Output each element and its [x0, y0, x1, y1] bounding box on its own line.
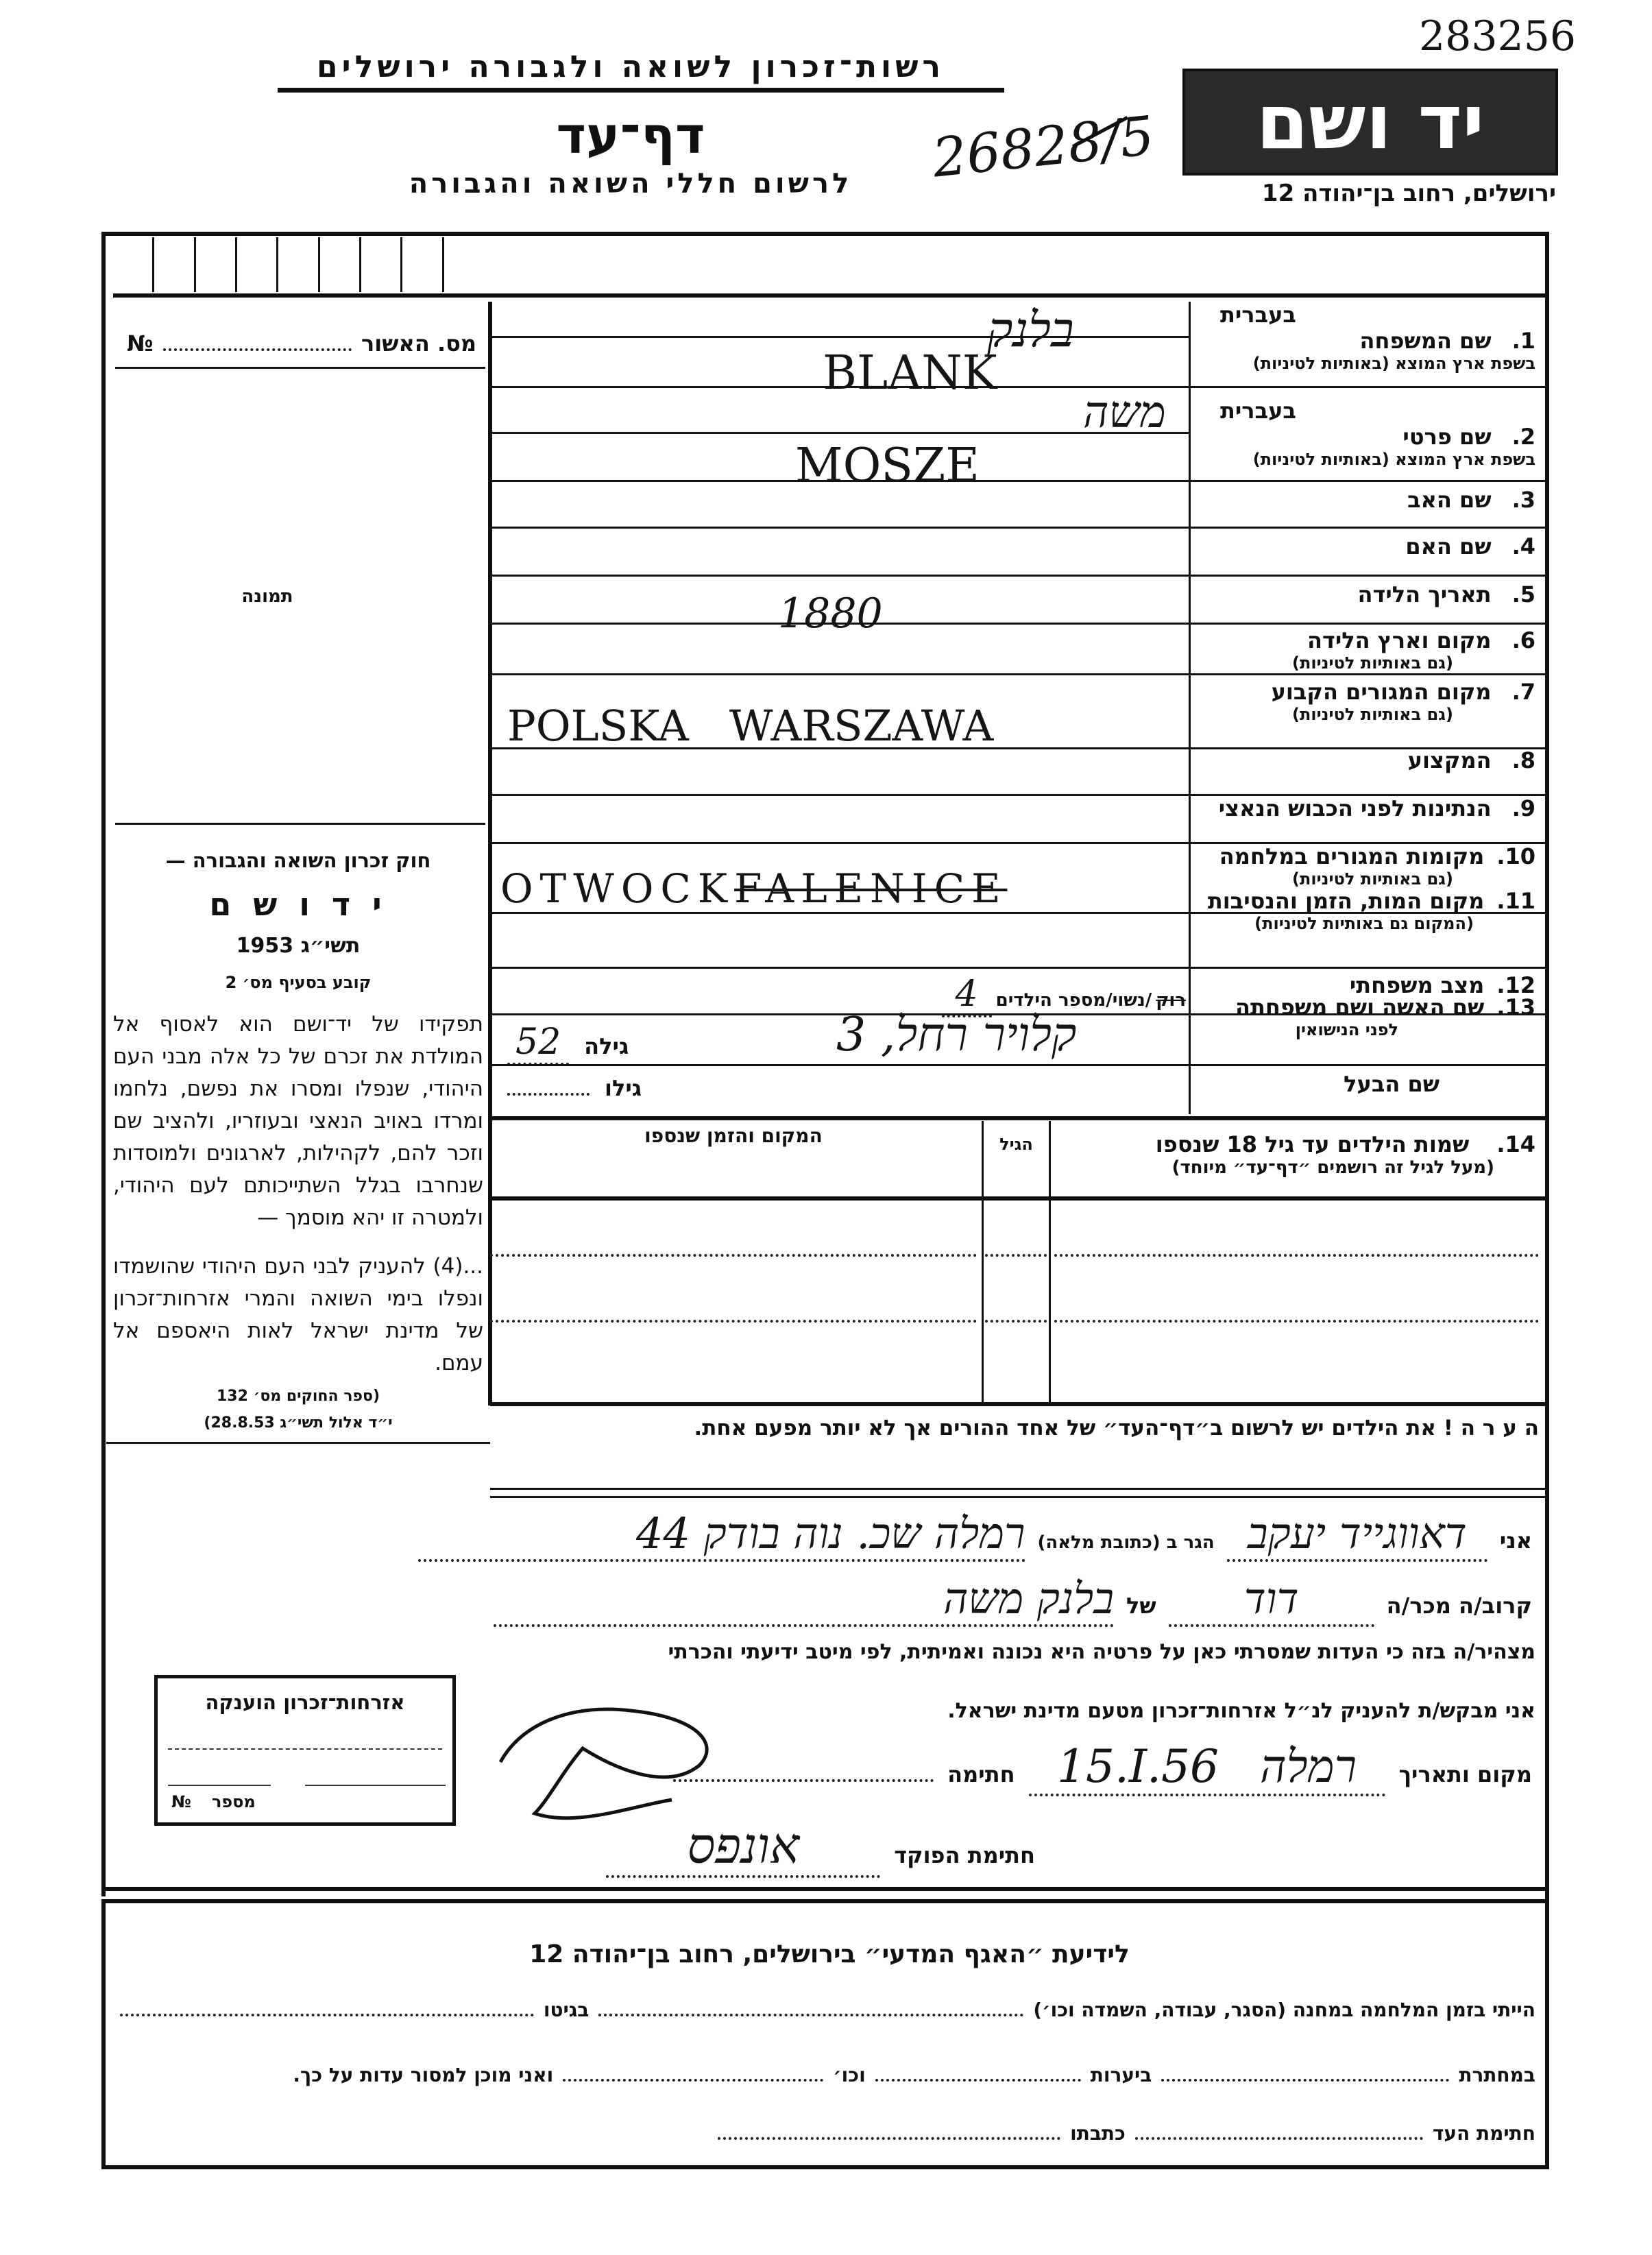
relative-label: קרוב/ה מכר/ה — [1387, 1593, 1532, 1619]
field-7-sublabel: (גם באותיות לטיניות) — [1193, 705, 1535, 724]
field-10-value-struck: FALENICE — [734, 865, 1007, 912]
field-2-sublabel: בשפת ארץ המוצא (באותיות לטיניות) — [1193, 450, 1535, 469]
footer-line-2: במחתרת ביערות וכו׳ ואני מוכן למסור עדות … — [120, 2064, 1535, 2086]
left-panel-bottom-rule — [106, 1442, 490, 1444]
field-13-labels: 13.שם האשה ושם משפחתה לפני הנישואין — [1193, 994, 1535, 1039]
frame-top — [101, 232, 1549, 236]
note-rule-2 — [490, 1496, 1546, 1498]
law-title: חוק זכרון השואה והגבורה — — [113, 849, 483, 872]
field-7-value[interactable]: POLSKA WARSZAWA — [507, 701, 993, 751]
field-4-rule — [490, 575, 1546, 577]
frame-bottom-main — [101, 1887, 1549, 1891]
field-4-value[interactable] — [494, 531, 1186, 572]
photo-placeholder-label: תמונה — [233, 586, 302, 607]
place-value: רמלה — [1260, 1740, 1357, 1794]
field-6-sublabel: (גם באותיות לטיניות) — [1193, 653, 1535, 673]
children-row[interactable] — [490, 1269, 1546, 1335]
label-column-divider — [1189, 302, 1191, 1114]
children-section-top — [490, 1116, 1546, 1120]
law-section: קובע בסעיף מס׳ 2 — [113, 973, 483, 992]
law-paragraph-1: תפקידו של יד־ושם הוא לאסוף אל המולדת את … — [113, 1009, 483, 1234]
officer-signature[interactable]: אונפס — [606, 1817, 880, 1878]
witness-signature-field[interactable] — [1135, 2123, 1423, 2140]
field-11-labels: 11.מקום המות, הזמן והנסיבות (המקום גם בא… — [1193, 888, 1535, 933]
field-1-hebrew-rule — [490, 336, 1189, 338]
photo-bottom-rule — [115, 823, 485, 825]
field-3-rule — [490, 527, 1546, 529]
declarant-name[interactable]: דאווגייד יעקב — [1227, 1508, 1487, 1562]
footer-left — [101, 1899, 106, 2167]
footer-line-1: הייתי בזמן המלחמה במחנה (הסגר, עבודה, הש… — [120, 1999, 1535, 2021]
husband-label: שם הבעל — [1234, 1071, 1440, 1097]
children-rows — [490, 1203, 1546, 1402]
field-1-sublabel: בשפת ארץ המוצא (באותיות לטיניות) — [1193, 354, 1535, 373]
husband-age-value[interactable] — [507, 1075, 590, 1096]
field-10-value[interactable]: OTWOCKFALENICE — [500, 865, 1007, 912]
of-label: של — [1126, 1593, 1156, 1619]
field-2-value-hebrew[interactable]: משה — [1083, 387, 1166, 438]
witness-address-label: כתבתו — [1070, 2122, 1126, 2145]
field-2-label: שם פרטי — [1402, 424, 1491, 450]
field-4-label: שם האם — [1405, 533, 1491, 559]
forests-label: ביערות — [1091, 2064, 1152, 2086]
field-13-sublabel: לפני הנישואין — [1193, 1020, 1535, 1039]
field-1-rule — [490, 386, 1546, 388]
field-1-labels: בעברית 1.שם המשפחה בשפת ארץ המוצא (באותי… — [1193, 302, 1535, 373]
citizenship-number-row: № מספר — [171, 1792, 256, 1811]
address: ירושלים, רחוב בן־יהודה 12 — [1165, 180, 1556, 207]
field-3-label: שם האב — [1407, 487, 1491, 513]
forests-field[interactable] — [875, 2065, 1081, 2082]
field-2-labels: בעברית 2.שם פרטי בשפת ארץ המוצא (באותיות… — [1193, 398, 1535, 469]
officer-label: חתימת הפוקד — [894, 1842, 1035, 1868]
field-13-rule — [490, 1064, 1546, 1066]
wife-age-value[interactable]: 52 — [507, 1022, 569, 1065]
single-option-struck: רוק — [1156, 990, 1186, 1011]
field-7-labels: 7.מקום המגורים הקבוע (גם באותיות לטיניות… — [1193, 679, 1535, 724]
citizenship-box: אזרחות־זכרון הוענקה № מספר — [154, 1675, 456, 1826]
footer-right — [1545, 1887, 1549, 2167]
footer-title: לידיעת ״האגף המדעי״ בירושלים, רחוב בן־יה… — [446, 1940, 1213, 1968]
field-6-labels: 6.מקום וארץ הלידה (גם באותיות לטיניות) — [1193, 627, 1535, 673]
husband-age-label: גילו — [605, 1075, 642, 1101]
of-name[interactable]: בלנק משה — [494, 1573, 1114, 1627]
husband-value[interactable] — [651, 1070, 1172, 1107]
ghetto-label: בגיטו — [544, 1999, 589, 2021]
field-5-label: תאריך הלידה — [1358, 581, 1492, 607]
field-13-label: שם האשה ושם משפחתה — [1235, 994, 1484, 1020]
residing-label: הגר ב (כתובת מלאה) — [1038, 1532, 1215, 1553]
field-10-labels: 10.מקומות המגורים במלחמה (גם באותיות לטי… — [1193, 843, 1535, 889]
law-date: י״ד אלול תשי״ג 28.8.53) — [113, 1414, 483, 1432]
children-col-age: הגיל — [987, 1135, 1045, 1154]
children-row[interactable] — [490, 1203, 1546, 1269]
field-2-hebrew-tag: בעברית — [1193, 398, 1535, 424]
law-source: (ספר החוקים מס׳ 132 — [113, 1388, 483, 1405]
footer-bottom — [101, 2165, 1549, 2169]
field-3-value[interactable] — [494, 483, 1186, 524]
footer-line-3: חתימת העד כתבתו — [480, 2122, 1535, 2145]
underground-label: במחתרת — [1459, 2064, 1535, 2086]
archive-number: 283256 — [1419, 12, 1576, 60]
form-subtitle: לרשום חללי השואה והגבורה — [329, 168, 932, 200]
willing-label: ואני מוכן למסור עדות על כך. — [293, 2064, 553, 2086]
children-title: שמות הילדים עד גיל 18 שנספו — [1156, 1131, 1470, 1157]
field-5-labels: 5.תאריך הלידה — [1193, 581, 1535, 607]
relation-value[interactable]: דוד — [1169, 1573, 1374, 1627]
etc-label: וכו׳ — [833, 2064, 866, 2086]
org-title: רשות־זכרון לשואה ולגבורה ירושלים — [267, 49, 994, 84]
field-6-rule — [490, 673, 1546, 675]
field-10-label: מקומות המגורים במלחמה — [1219, 843, 1485, 869]
code-grid — [113, 237, 483, 292]
field-6-value[interactable] — [494, 627, 1186, 668]
children-subtitle: (מעל לגיל זה רושמים ״דף־עד״ מיוחד) — [1056, 1157, 1535, 1178]
citizenship-field[interactable] — [168, 1748, 442, 1750]
frame-left — [101, 232, 106, 1896]
field-5-rule — [490, 623, 1546, 625]
field-1-hebrew-tag: בעברית — [1193, 302, 1535, 328]
children-row[interactable] — [490, 1335, 1546, 1401]
field-1-label: שם המשפחה — [1359, 328, 1491, 354]
field-6-label: מקום וארץ הלידה — [1307, 627, 1492, 653]
field-11-sublabel: (המקום גם באותיות לטיניות) — [1193, 914, 1535, 933]
field-7-label: מקום המגורים הקבוע — [1272, 679, 1492, 705]
place-date-value[interactable]: רמלה 15.I.56 — [1029, 1740, 1385, 1796]
i-label: אני — [1500, 1528, 1532, 1554]
officer-row: חתימת הפוקד אונפס — [494, 1817, 1035, 1878]
field-8-label: המקצוע — [1408, 747, 1492, 773]
citizenship-number-label: מספר — [212, 1792, 256, 1811]
field-2-rule — [490, 480, 1546, 482]
field-3-labels: 3.שם האב — [1193, 487, 1535, 513]
field-11-label: מקום המות, הזמן והנסיבות — [1208, 888, 1484, 914]
field-13-value[interactable]: קלויר רחל, 3 — [836, 1008, 1076, 1062]
law-name: י ד ו ש ם — [113, 886, 483, 923]
field-1-value-hebrew[interactable]: בלנק — [987, 302, 1074, 359]
wife-age-label: גילה — [584, 1033, 629, 1059]
approval-number-field[interactable] — [163, 328, 352, 351]
witness-signature-label: חתימת העד — [1433, 2122, 1535, 2145]
underground-field[interactable] — [1161, 2065, 1449, 2082]
field-9-label: הנתינות לפני הכבוש הנאצי — [1219, 795, 1492, 821]
camp-field[interactable] — [598, 2000, 1023, 2016]
field-1-value-latin[interactable]: BLANK — [823, 346, 997, 400]
field-9-labels: 9.הנתינות לפני הכבוש הנאצי — [1193, 795, 1535, 821]
field-10-value-current: OTWOCK — [500, 865, 734, 912]
note-rule-1 — [490, 1488, 1546, 1490]
children-section-bottom — [490, 1402, 1546, 1406]
children-header: 14.שמות הילדים עד גיל 18 שנספו (מעל לגיל… — [1056, 1131, 1535, 1178]
approval-label: מס. האשור — [361, 330, 476, 357]
number-symbol: № — [127, 330, 154, 357]
note: ה ע ר ה ! את הילדים יש לרשום ב״דף־העד״ ש… — [494, 1416, 1539, 1440]
citizenship-title: אזרחות־זכרון הוענקה — [158, 1691, 452, 1714]
field-11-rule — [490, 967, 1546, 969]
footer-rule — [101, 1899, 1549, 1903]
husband-age-row: גילו — [507, 1075, 642, 1101]
law-year: תשי״ג 1953 — [113, 934, 483, 958]
etc-field[interactable] — [563, 2065, 823, 2082]
place-date-label: מקום ותאריך — [1399, 1761, 1532, 1787]
ghetto-field[interactable] — [120, 2000, 534, 2016]
declarant-address[interactable]: רמלה שכ. נוה בודק 44 — [418, 1508, 1025, 1562]
form-title: דף־עד — [480, 106, 781, 165]
statement-accuracy: מצהיר/ה בזה כי העדות שמסרתי כאן על פרטיה… — [494, 1640, 1535, 1664]
children-header-rule — [490, 1196, 1546, 1201]
camp-label: הייתי בזמן המלחמה במחנה (הסגר, עבודה, הש… — [1033, 1999, 1535, 2021]
law-paragraph-2: ...(4) להעניק לבני העם היהודי שהושמדו ונ… — [113, 1251, 483, 1379]
field-2-hebrew-rule — [490, 432, 1189, 434]
field-8-value[interactable] — [494, 751, 1186, 792]
relation-row: קרוב/ה מכר/ה דוד של בלנק משה — [494, 1573, 1532, 1627]
declarant-row: אני דאווגייד יעקב הגר ב (כתובת מלאה) רמל… — [418, 1508, 1532, 1562]
date-value: 15.I.56 — [1057, 1740, 1219, 1794]
citizenship-number-symbol: № — [171, 1792, 191, 1811]
field-8-labels: 8.המקצוע — [1193, 747, 1535, 773]
yad-vashem-logo: יד ושם — [1182, 69, 1558, 176]
grid-bottom-rule — [113, 293, 1546, 298]
approval-rule — [115, 367, 485, 369]
law-text: חוק זכרון השואה והגבורה — י ד ו ש ם תשי״… — [113, 849, 483, 1432]
field-4-labels: 4.שם האם — [1193, 533, 1535, 559]
signature-label: חתימה — [947, 1761, 1015, 1787]
field-11-value[interactable] — [494, 919, 1186, 960]
children-col-place-time: המקום והזמן שנספו — [494, 1124, 973, 1147]
wife-age-row: גילה 52 — [507, 1022, 629, 1065]
witness-address-field[interactable] — [718, 2123, 1060, 2140]
field-9-value[interactable] — [494, 799, 1186, 840]
approval-row: מס. האשור № — [127, 328, 476, 357]
header-rule — [278, 88, 1004, 93]
field-10-sublabel: (גם באותיות לטיניות) — [1193, 869, 1535, 889]
